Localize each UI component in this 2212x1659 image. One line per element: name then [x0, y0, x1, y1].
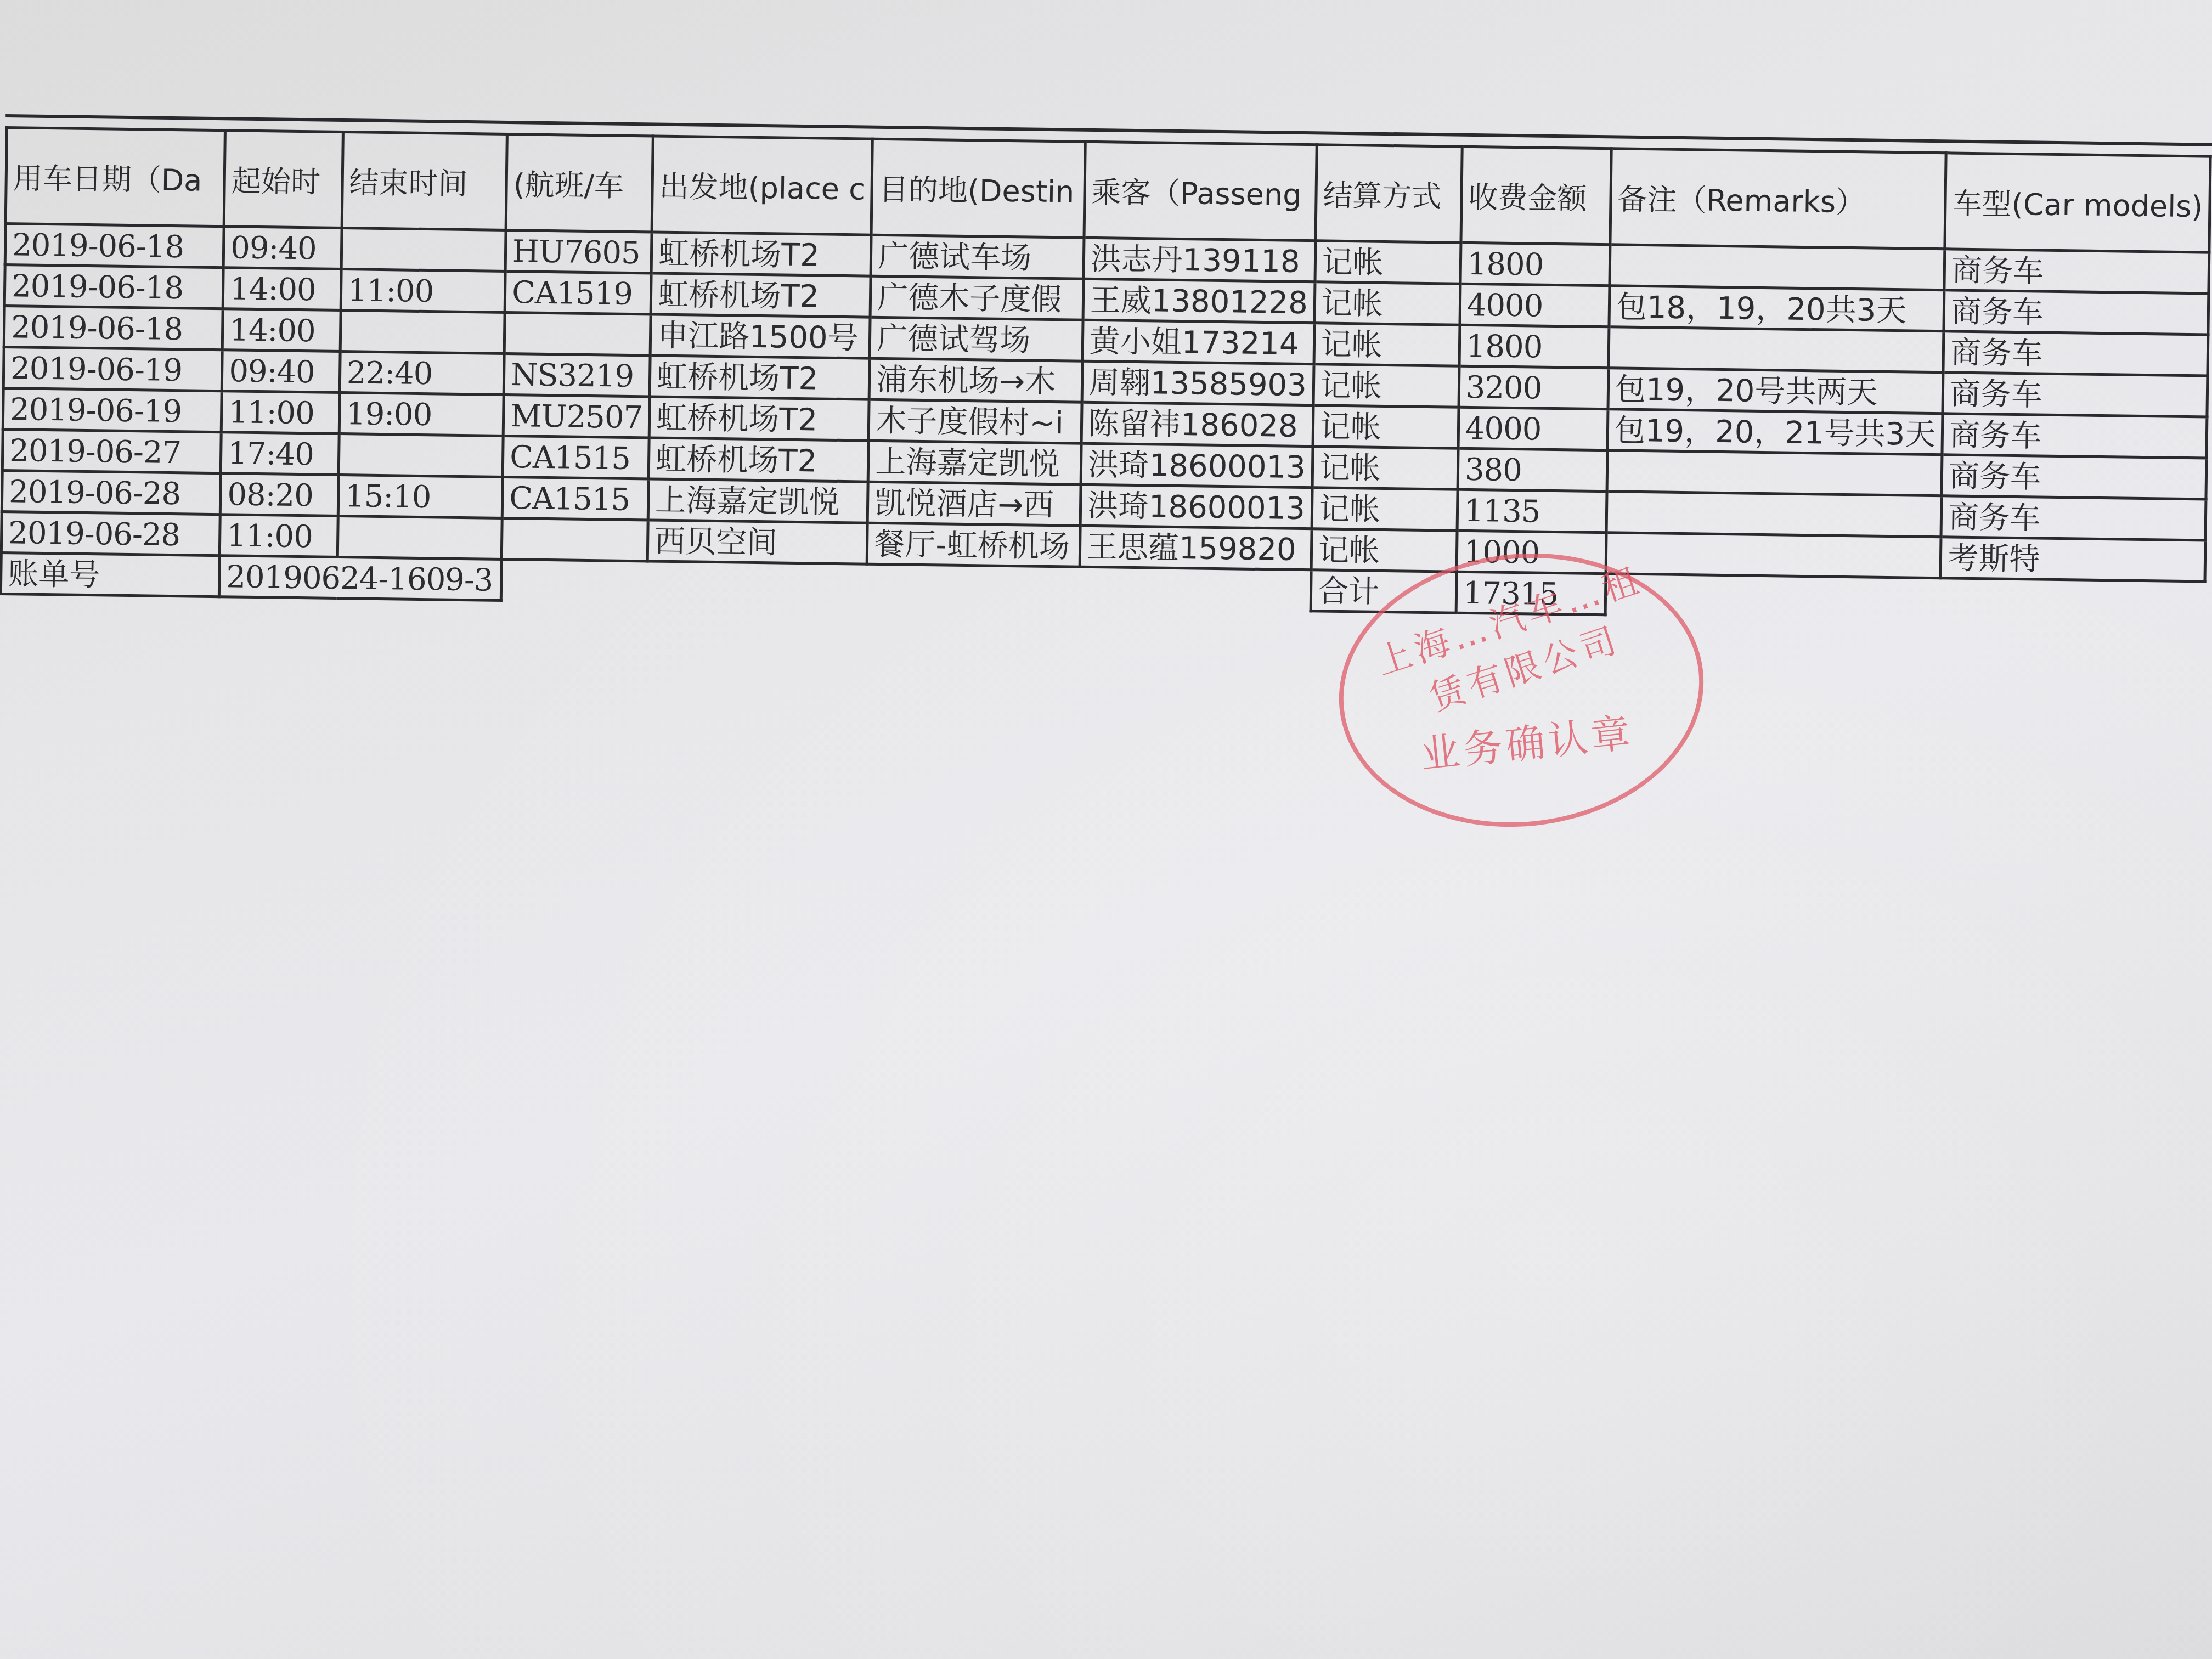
cell-payment-method: 记帐	[1313, 364, 1459, 407]
footer-spacer-right	[1605, 574, 2205, 623]
cell-amount: 1135	[1457, 489, 1607, 533]
cell-date: 2019-06-19	[3, 388, 222, 432]
bill-no-label: 账单号	[1, 552, 219, 596]
cell-end-time	[340, 311, 505, 354]
cell-destination: 广德试驾场	[870, 317, 1082, 361]
column-header-start-time: 起始时	[224, 131, 343, 228]
column-header-origin: 出发地(place c	[652, 136, 872, 235]
cell-flight-no	[501, 518, 648, 561]
cell-car-model: 考斯特	[1940, 537, 2205, 582]
cell-origin: 虹桥机场T2	[649, 397, 869, 441]
cell-passenger: 洪琦18600013	[1080, 484, 1312, 529]
cell-flight-no: MU2507	[503, 394, 650, 437]
cell-end-time	[337, 516, 502, 559]
cell-passenger: 黄小姐173214	[1082, 320, 1314, 364]
cell-amount: 4000	[1458, 407, 1608, 450]
cell-start-time: 09:40	[223, 227, 342, 269]
cell-flight-no: HU7605	[505, 230, 652, 273]
cell-passenger: 陈留祎186028	[1081, 402, 1313, 447]
cell-flight-no: CA1515	[502, 477, 648, 520]
cell-date: 2019-06-27	[2, 429, 221, 473]
cell-remarks	[1606, 492, 1942, 537]
cell-car-model: 商务车	[1941, 496, 2206, 540]
cell-destination: 木子度假村~i	[868, 399, 1081, 443]
cell-amount: 1800	[1460, 242, 1610, 286]
cell-start-time: 11:00	[221, 391, 340, 434]
column-header-end-time: 结束时间	[342, 132, 507, 230]
column-header-date: 用车日期（Da	[5, 128, 225, 227]
cell-payment-method: 记帐	[1311, 529, 1457, 572]
cell-flight-no: NS3219	[504, 353, 650, 396]
cell-date: 2019-06-18	[4, 306, 223, 350]
cell-car-model: 商务车	[1942, 455, 2207, 499]
cell-origin: 西贝空间	[647, 520, 867, 564]
cell-car-model: 商务车	[1943, 373, 2208, 417]
cell-payment-method: 记帐	[1315, 241, 1461, 284]
bill-sheet: 用车日期（Da起始时结束时间(航班/车出发地(place c目的地(Destin…	[0, 126, 2212, 624]
cell-end-time: 15:10	[338, 475, 503, 518]
cell-passenger: 周翱13585903	[1082, 361, 1314, 405]
cell-start-time: 11:00	[219, 515, 338, 557]
cell-flight-no	[504, 312, 651, 355]
cell-end-time: 11:00	[341, 269, 505, 313]
cell-destination: 上海嘉定凯悦	[868, 441, 1081, 484]
cell-destination: 广德木子度假	[870, 276, 1083, 320]
cell-passenger: 王威13801228	[1083, 279, 1315, 323]
cell-payment-method: 记帐	[1312, 488, 1458, 531]
cell-amount: 3200	[1459, 366, 1609, 409]
cell-start-time: 09:40	[222, 350, 340, 393]
column-header-destination: 目的地(Destin	[871, 139, 1085, 238]
cell-origin: 申江路1500号	[650, 314, 870, 358]
cell-origin: 虹桥机场T2	[648, 438, 868, 482]
cell-date: 2019-06-28	[1, 511, 220, 555]
cell-remarks: 包19，20，21号共3天	[1607, 409, 1943, 455]
cell-payment-method: 记帐	[1314, 282, 1460, 325]
cell-destination: 餐厅-虹桥机场	[867, 523, 1080, 567]
cell-passenger: 洪志丹139118	[1084, 238, 1316, 282]
cell-origin: 虹桥机场T2	[650, 356, 870, 399]
column-header-car-model: 车型(Car models)	[1945, 153, 2210, 252]
cell-payment-method: 记帐	[1314, 323, 1460, 366]
cell-origin: 虹桥机场T2	[651, 232, 871, 276]
cell-car-model: 商务车	[1943, 331, 2208, 376]
cell-destination: 浦东机场→木	[869, 358, 1082, 402]
cell-flight-no: CA1515	[503, 436, 649, 478]
cell-end-time: 22:40	[340, 352, 504, 395]
column-header-remarks: 备注（Remarks）	[1610, 149, 1946, 249]
cell-remarks	[1609, 327, 1944, 373]
cell-amount: 4000	[1460, 284, 1610, 327]
bill-table: 用车日期（Da起始时结束时间(航班/车出发地(place c目的地(Destin…	[0, 126, 2212, 624]
cell-remarks	[1607, 450, 1942, 496]
cell-start-time: 14:00	[223, 268, 341, 311]
cell-remarks: 包19，20号共两天	[1608, 368, 1943, 414]
cell-car-model: 商务车	[1942, 414, 2207, 458]
cell-end-time: 19:00	[339, 393, 504, 436]
cell-end-time	[341, 228, 506, 272]
cell-remarks: 包18，19，20共3天	[1609, 286, 1944, 331]
cell-car-model: 商务车	[1944, 249, 2209, 294]
cell-start-time: 08:20	[220, 473, 338, 516]
cell-destination: 广德试车场	[871, 235, 1084, 279]
cell-start-time: 14:00	[222, 309, 341, 352]
cell-remarks	[1610, 245, 1945, 290]
cell-flight-no: CA1519	[505, 271, 651, 314]
column-header-passenger: 乘客（Passeng	[1084, 142, 1317, 241]
cell-start-time: 17:40	[221, 432, 339, 475]
cell-end-time	[338, 434, 503, 477]
cell-passenger: 王思蕴159820	[1080, 526, 1312, 570]
cell-date: 2019-06-19	[3, 347, 222, 391]
cell-origin: 虹桥机场T2	[651, 273, 871, 317]
cell-origin: 上海嘉定凯悦	[648, 479, 868, 523]
cell-date: 2019-06-18	[5, 224, 224, 268]
cell-amount: 1800	[1459, 325, 1609, 368]
column-header-flight-no: (航班/车	[506, 134, 653, 232]
cell-car-model: 商务车	[1944, 290, 2209, 335]
cell-payment-method: 记帐	[1312, 447, 1458, 489]
cell-amount: 380	[1458, 448, 1607, 492]
cell-destination: 凯悦酒店→西	[867, 482, 1080, 526]
column-header-amount: 收费金额	[1461, 146, 1611, 245]
cell-date: 2019-06-28	[2, 470, 221, 514]
cell-payment-method: 记帐	[1313, 405, 1459, 448]
cell-passenger: 洪琦18600013	[1081, 443, 1313, 488]
bill-no-value: 20190624-1609-3	[219, 556, 501, 601]
column-header-payment-method: 结算方式	[1316, 145, 1462, 242]
cell-date: 2019-06-18	[4, 265, 223, 309]
